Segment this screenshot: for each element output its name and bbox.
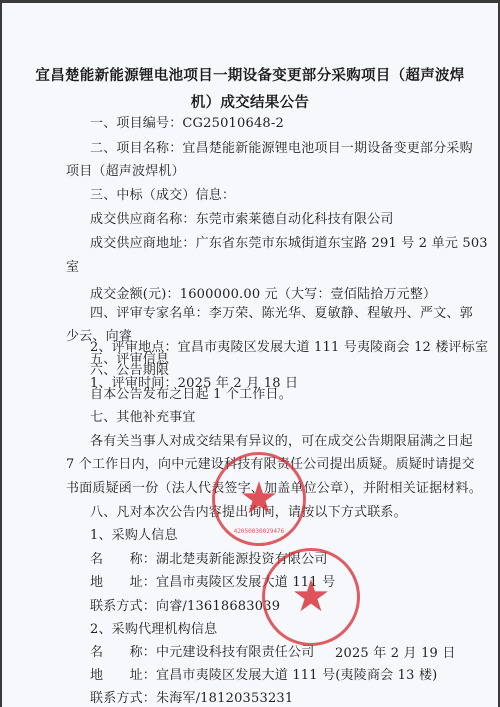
agency-info-heading: 2、采购代理机构信息 bbox=[90, 618, 217, 637]
supplier-name: 成交供应商名称：东莞市索莱德自动化科技有限公司 bbox=[90, 208, 394, 227]
section-notice-period: 六、公告期限 bbox=[90, 359, 169, 378]
purchaser-info-heading: 1、采购人信息 bbox=[90, 524, 178, 543]
agency-seal: ★ bbox=[262, 548, 360, 646]
star-icon: ★ bbox=[291, 575, 330, 619]
section-award-info: 三、中标（成交）信息： bbox=[90, 184, 235, 203]
document-title-line-2: 机）成交结果公告 bbox=[0, 91, 500, 112]
agency-contact: 联系方式：朱海军/18120353231 bbox=[90, 687, 293, 706]
document-title-line-1: 宜昌楚能新能源锂电池项目一期设备变更部分采购项目（超声波焊 bbox=[0, 64, 500, 85]
seal-code: 42050030029476 bbox=[215, 528, 303, 535]
review-location: 2、评审地点：宜昌市夷陵区发展大道 111 号夷陵商会 12 楼评标室 bbox=[90, 336, 488, 355]
purchaser-contact: 联系方式：向睿/13618683039 bbox=[90, 595, 280, 614]
project-name-cont: 项目（超声波焊机） bbox=[66, 160, 185, 179]
agency-address: 地 址：宜昌市夷陵区发展大道 111 号(夷陵商会 13 楼) bbox=[90, 664, 437, 683]
document-date: 2025 年 2 月 19 日 bbox=[335, 642, 456, 661]
award-amount: 成交金额(元)：1600000.00 元（大写：壹佰陆拾万元整） bbox=[90, 283, 436, 302]
notice-period-text: 自本公告发布之日起 1 个工作日。 bbox=[90, 383, 292, 402]
purchaser-seal: ★ 42050030029476 bbox=[212, 452, 306, 546]
project-name: 二、项目名称：宜昌楚能新能源锂电池项目一期设备变更部分采购 bbox=[90, 137, 473, 156]
project-number: 一、项目编号：CG25010648-2 bbox=[90, 112, 284, 131]
supplier-address: 成交供应商地址：广东省东莞市东城街道东宝路 291 号 2 单元 503 bbox=[90, 232, 488, 251]
section-other-matters: 七、其他补充事宜 bbox=[90, 406, 196, 425]
agency-name: 名 称：中元建设科技有限责任公司 bbox=[90, 641, 314, 660]
expert-list: 四、评审专家名单：李万荣、陈光华、夏敏静、程敏丹、严文、郭 bbox=[90, 302, 473, 321]
objection-text-1: 各有关当事人对成交结果有异议的，可在成交公告期限届满之日起 bbox=[90, 430, 473, 449]
star-icon: ★ bbox=[239, 477, 278, 521]
supplier-address-cont: 室 bbox=[66, 256, 79, 275]
